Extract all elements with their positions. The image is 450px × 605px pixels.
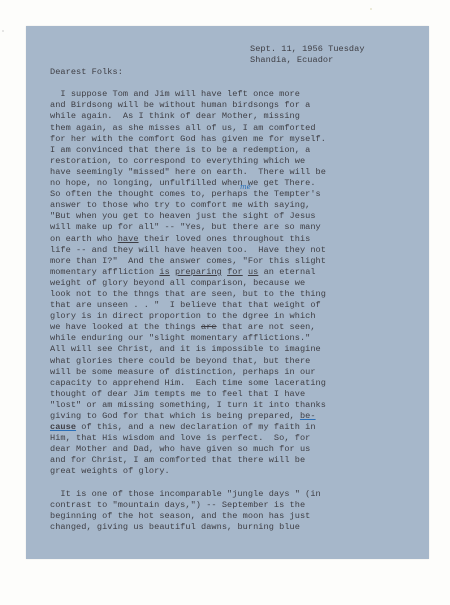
text-line: "But when you get to heaven just the sig… xyxy=(50,211,430,222)
text-line: "lost" or am missing something, I turn i… xyxy=(50,400,430,411)
text-line: more than I?" And the answer comes, "For… xyxy=(50,256,430,267)
text-line: cause of this, and a new declaration of … xyxy=(50,422,430,433)
underlined-word: is xyxy=(159,267,169,277)
text-line: Him, that His wisdom and love is perfect… xyxy=(50,433,430,444)
underlined-word: preparing xyxy=(175,267,222,277)
text-line: while again. As I think of dear Mother, … xyxy=(50,111,430,122)
text-line: All will see Christ, and it is impossibl… xyxy=(50,344,430,355)
text-line: weight of glory beyond all comparison, b… xyxy=(50,278,430,289)
text-line: I am convinced that there is to be a red… xyxy=(50,145,430,156)
text-line: and for Christ, I am comforted that ther… xyxy=(50,455,430,466)
underlined-word: for xyxy=(227,267,243,277)
text-line: we have looked at the things are that ar… xyxy=(50,322,430,333)
underlined-word: be- xyxy=(300,411,316,421)
text-line: glory is in direct proportion to the dgr… xyxy=(50,311,430,322)
text-line: life -- and they will have heaven too. H… xyxy=(50,245,430,256)
text-line: It is one of those incomparable "jungle … xyxy=(50,489,430,500)
text-segment: on earth who xyxy=(50,234,118,244)
text-line: momentary affliction is preparing for us… xyxy=(50,267,430,278)
letter-body: Sept. 11, 1956 Tuesday Shandia, Ecuador … xyxy=(50,44,430,533)
text-line: what glories there could be beyond that,… xyxy=(50,356,430,367)
text-line: and Birdsong will be without human birds… xyxy=(50,100,430,111)
text-line: will make up for all" -- "Yes, but there… xyxy=(50,222,430,233)
text-segment: that are not seen, xyxy=(217,322,316,332)
text-segment: an eternal xyxy=(258,267,315,277)
text-line: I suppose Tom and Jim will have left onc… xyxy=(50,89,430,100)
text-line: changed, giving us beautiful dawns, burn… xyxy=(50,522,430,533)
text-line: on earth who have their loved ones throu… xyxy=(50,234,430,245)
text-line: answer to those who try to comfort me wi… xyxy=(50,200,430,211)
place-line: Shandia, Ecuador xyxy=(250,55,430,66)
text-segment: of this, and a new declaration of my fai… xyxy=(76,422,316,432)
paper-speck xyxy=(370,8,372,10)
scanned-page: Sept. 11, 1956 Tuesday Shandia, Ecuador … xyxy=(0,0,450,605)
underlined-word: us xyxy=(248,267,258,277)
text-segment: giving to God for that which is being pr… xyxy=(50,411,300,421)
text-line: for her with the comfort God has given m… xyxy=(50,134,430,145)
struck-word: are xyxy=(201,322,217,332)
text-line: will be some measure of distinction, per… xyxy=(50,367,430,378)
text-line: restoration, to correspond to everything… xyxy=(50,156,430,167)
paragraph-2: It is one of those incomparable "jungle … xyxy=(50,489,430,533)
underlined-word: have xyxy=(118,234,139,244)
text-line: thought of dear Jim tempts me to feel th… xyxy=(50,389,430,400)
text-line: great weights of glory. xyxy=(50,466,430,477)
text-segment: momentary affliction xyxy=(50,267,159,277)
text-line: look not to the thngs that are seen, but… xyxy=(50,289,430,300)
text-segment: we have looked at the things xyxy=(50,322,201,332)
text-line: contrast to "mountain days,") -- Septemb… xyxy=(50,500,430,511)
text-line: have seemingly "missed" here on earth. T… xyxy=(50,167,430,178)
text-line: giving to God for that which is being pr… xyxy=(50,411,430,422)
text-line: beginning of the hot season, and the moo… xyxy=(50,511,430,522)
paragraph-1: I suppose Tom and Jim will have left onc… xyxy=(50,89,430,477)
text-line: them again, as she misses all of us, I a… xyxy=(50,123,430,134)
text-line: that are unseen . . " I believe that tha… xyxy=(50,300,430,311)
handwritten-annotation: me xyxy=(240,183,251,191)
text-line: while enduring our "slight momentary aff… xyxy=(50,333,430,344)
underlined-word: cause xyxy=(50,422,76,432)
salutation: Dearest Folks: xyxy=(50,67,430,78)
text-segment: their loved ones throughout this xyxy=(139,234,311,244)
text-line: dear Mother and Dad, who have given so m… xyxy=(50,444,430,455)
paper-speck xyxy=(2,30,4,32)
date-line: Sept. 11, 1956 Tuesday xyxy=(250,44,430,55)
text-line: capacity to apprehend Him. Each time som… xyxy=(50,378,430,389)
